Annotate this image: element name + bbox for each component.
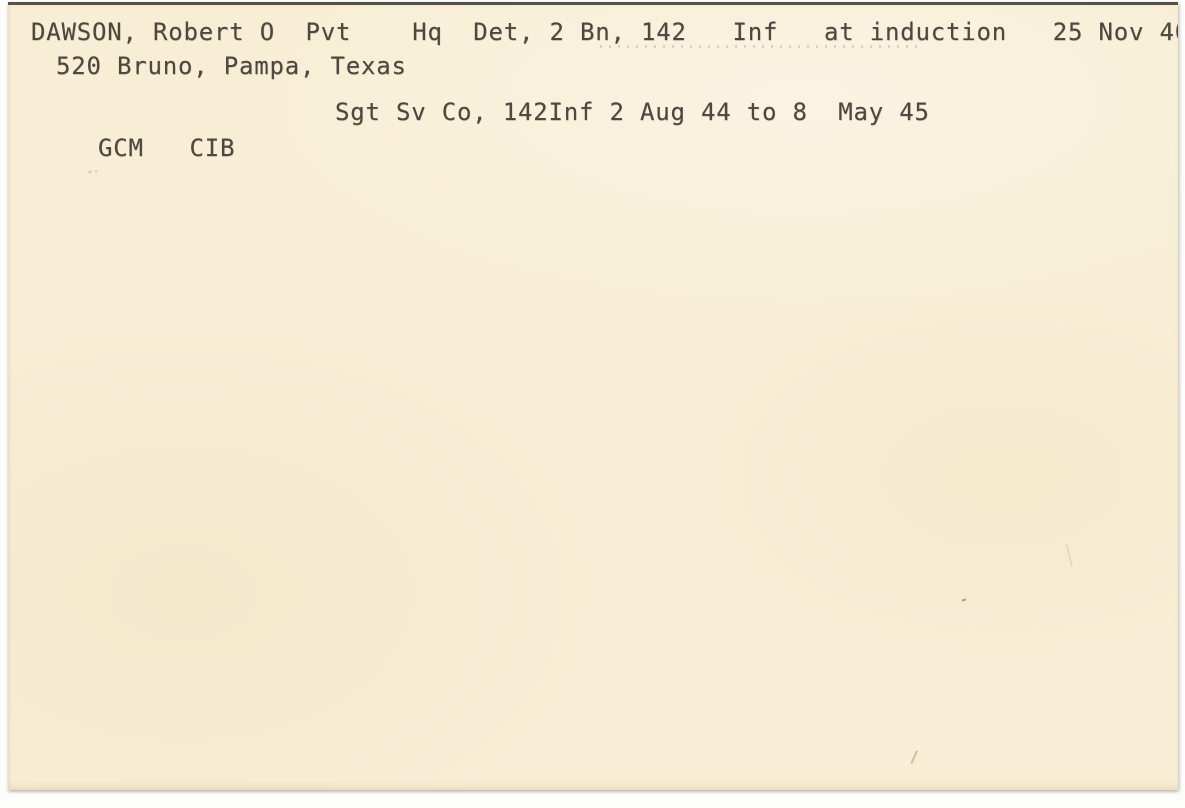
card-line-address: 520 Bruno, Pampa, Texas: [56, 54, 407, 78]
paper-speck: [88, 170, 98, 174]
card-line-name-rank-unit-date: DAWSON, Robert O Pvt Hq Det, 2 Bn, 142 I…: [31, 20, 1178, 44]
paper-speck: [962, 598, 966, 601]
card-line-awards: GCM CIB: [98, 136, 235, 160]
faint-dotted-scan-artifact: [600, 45, 922, 48]
card-line-service-record: Sgt Sv Co, 142Inf 2 Aug 44 to 8 May 45: [335, 100, 930, 124]
index-card: DAWSON, Robert O Pvt Hq Det, 2 Bn, 142 I…: [8, 2, 1178, 790]
paper-slash-mark: [910, 750, 921, 765]
scan-background: DAWSON, Robert O Pvt Hq Det, 2 Bn, 142 I…: [0, 0, 1185, 808]
paper-scratch: [1053, 544, 1072, 571]
